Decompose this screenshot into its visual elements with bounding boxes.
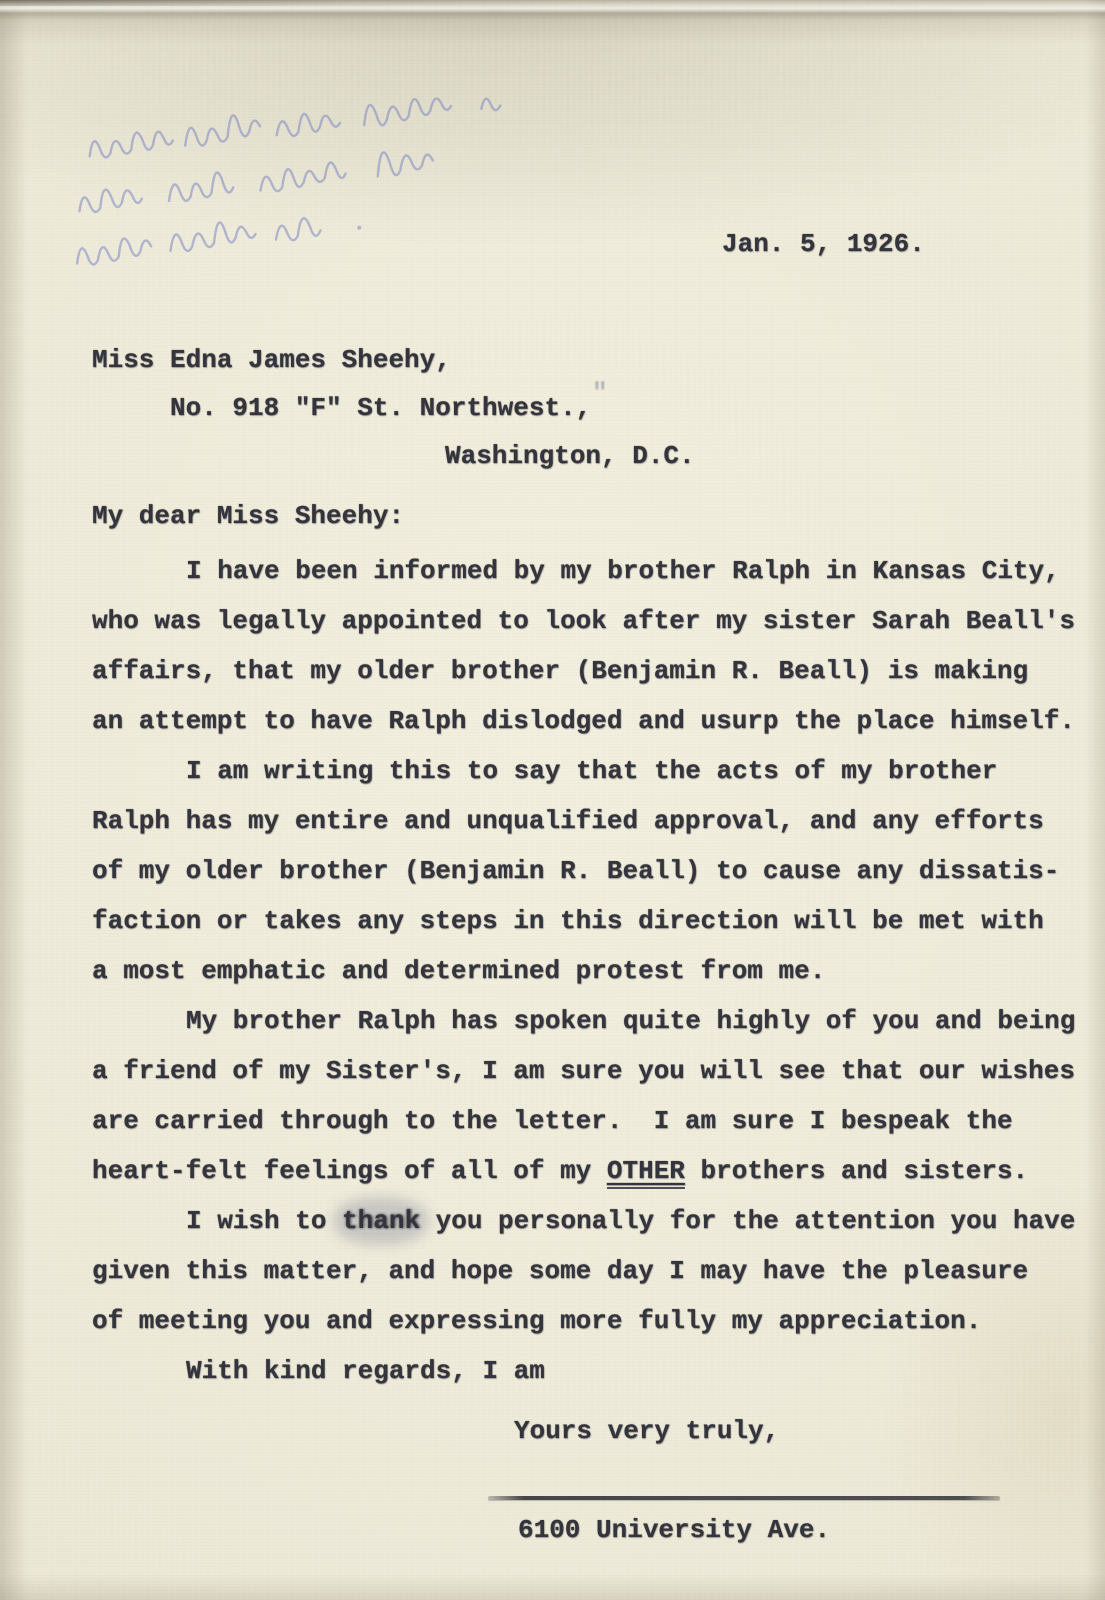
body-line: are carried through to the letter. I am … [92,1096,1092,1146]
body-text: brothers and sisters. [685,1156,1028,1186]
scan-left-shadow [0,0,28,1600]
body-line: Ralph has my entire and unqualified appr… [92,796,1092,846]
date-line: Jan. 5, 1926. [722,228,925,260]
underlined-word: OTHER [607,1156,685,1189]
ghost-typemark: " [592,378,608,408]
recipient-name: Miss Edna James Sheehy, [92,344,451,376]
scan-bottom-shadow [0,1574,1105,1600]
footer-address: 6100 University Ave. [518,1514,830,1546]
paper-sheet: Jan. 5, 1926. Miss Edna James Sheehy, No… [0,0,1105,1600]
body-line: given this matter, and hope some day I m… [92,1246,1092,1296]
salutation: My dear Miss Sheehy: [92,500,404,532]
body-text: I wish to [186,1206,342,1236]
body-text: you personally for the attention you hav… [420,1206,1075,1236]
body-line: faction or takes any steps in this direc… [92,896,1092,946]
body-line: I wish to thank you personally for the a… [92,1196,1092,1246]
body-line: an attempt to have Ralph dislodged and u… [92,696,1092,746]
body-line: My brother Ralph has spoken quite highly… [92,996,1092,1046]
body-line: affairs, that my older brother (Benjamin… [92,646,1092,696]
handwritten-ink-note [50,75,541,288]
letter-body: I have been informed by my brother Ralph… [92,546,1092,1396]
body-line: I am writing this to say that the acts o… [92,746,1092,796]
smudged-word: thank [342,1206,420,1236]
recipient-city: Washington, D.C. [445,440,695,472]
body-line: of meeting you and expressing more fully… [92,1296,1092,1346]
signature-line [488,1496,1000,1500]
scan-top-shadow [0,0,1105,44]
body-line: a most emphatic and determined protest f… [92,946,1092,996]
body-line: of my older brother (Benjamin R. Beall) … [92,846,1092,896]
body-line: who was legally appointed to look after … [92,596,1092,646]
recipient-street: No. 918 "F" St. Northwest., [170,392,591,424]
body-line: a friend of my Sister's, I am sure you w… [92,1046,1092,1096]
body-line: heart-felt feelings of all of my OTHER b… [92,1146,1092,1196]
closing: Yours very truly, [514,1415,779,1447]
body-line: With kind regards, I am [92,1346,1092,1396]
body-line: I have been informed by my brother Ralph… [92,546,1092,596]
scan-top-edge [0,0,774,6]
body-text: heart-felt feelings of all of my [92,1156,607,1186]
